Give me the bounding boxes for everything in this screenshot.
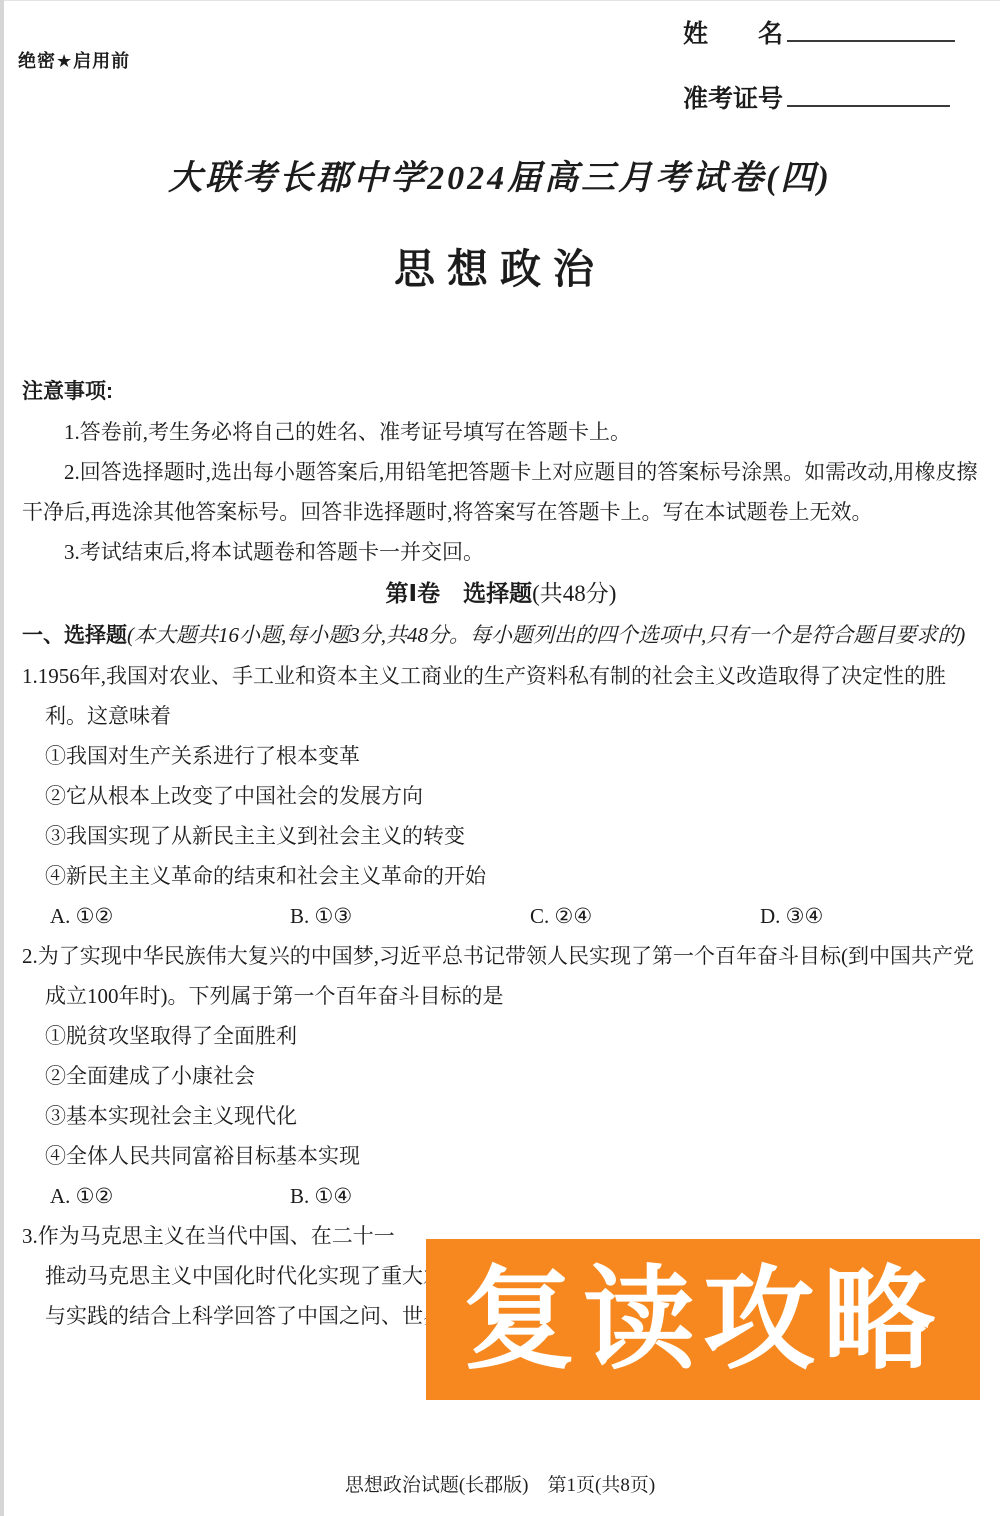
question-2-item-2: ②全面建成了小康社会	[22, 1056, 980, 1096]
option-a: A. ①②	[50, 896, 113, 936]
question-1-item-4: ④新民主主义革命的结束和社会主义革命的开始	[22, 856, 980, 896]
exam-body: 注意事项: 1.答卷前,考生务必将自己的姓名、准考证号填写在答题卡上。 2.回答…	[22, 372, 980, 1336]
section-heading: 第Ⅰ卷 选择题(共48分)	[22, 572, 980, 615]
exam-subject: 思想政治	[0, 236, 1000, 295]
notice-item-2: 2.回答选择题时,选出每小题答案后,用铅笔把答题卡上对应题目的答案标号涂黑。如需…	[22, 452, 980, 532]
option-a: A. ①②	[50, 1176, 113, 1216]
question-1-item-3: ③我国实现了从新民主主义到社会主义的转变	[22, 816, 980, 856]
watermark-banner: 复读攻略	[426, 1239, 980, 1400]
group-description: 一、选择题(本大题共16小题,每小题3分,共48分。每小题列出的四个选项中,只有…	[22, 615, 980, 656]
question-2-item-1: ①脱贫攻坚取得了全面胜利	[22, 1016, 980, 1056]
notices-heading: 注意事项:	[22, 372, 980, 412]
notice-item-1: 1.答卷前,考生务必将自己的姓名、准考证号填写在答题卡上。	[22, 412, 980, 452]
ticket-field-row: 准考证号	[683, 79, 950, 115]
ticket-label: 准考证号	[683, 86, 783, 113]
page-footer: 思想政治试题(长郡版) 第1页(共8页)	[0, 1470, 1000, 1497]
question-1-stem: 1.1956年,我国对农业、手工业和资本主义工商业的生产资料私有制的社会主义改造…	[22, 656, 980, 736]
question-2-stem: 2.为了实现中华民族伟大复兴的中国梦,习近平总书记带领人民实现了第一个百年奋斗目…	[22, 936, 980, 1016]
option-d: D. ③④	[760, 896, 823, 936]
option-b: B. ①④	[290, 1176, 352, 1216]
section-title: 第Ⅰ卷 选择题	[386, 580, 533, 606]
exam-paper-page: 绝密★启用前 姓 名 准考证号 大联考长郡中学2024届高三月考试卷(四) 思想…	[0, 0, 1000, 1516]
question-2-item-4: ④全体人民共同富裕目标基本实现	[22, 1136, 980, 1176]
name-field-row: 姓 名	[683, 14, 955, 50]
question-1-options: A. ①② B. ①③ C. ②④ D. ③④	[22, 896, 980, 936]
name-blank-line	[787, 15, 955, 42]
question-1-item-1: ①我国对生产关系进行了根本变革	[22, 736, 980, 776]
exam-title: 大联考长郡中学2024届高三月考试卷(四)	[0, 150, 1000, 199]
question-2-item-3: ③基本实现社会主义现代化	[22, 1096, 980, 1136]
name-label: 姓 名	[683, 21, 783, 48]
watermark-banner-text: 复读攻略	[463, 1264, 943, 1376]
section-score: (共48分)	[532, 581, 616, 606]
group-desc: (本大题共16小题,每小题3分,共48分。每小题列出的四个选项中,只有一个是符合…	[127, 623, 965, 647]
question-2: 2.为了实现中华民族伟大复兴的中国梦,习近平总书记带领人民实现了第一个百年奋斗目…	[22, 936, 980, 1216]
question-1-item-2: ②它从根本上改变了中国社会的发展方向	[22, 776, 980, 816]
option-b: B. ①③	[290, 896, 352, 936]
ticket-blank-line	[787, 80, 950, 107]
question-2-options: A. ①② B. ①④	[22, 1176, 980, 1216]
classification-label: 绝密★启用前	[18, 47, 130, 73]
option-c: C. ②④	[530, 896, 592, 936]
group-lead: 一、选择题	[22, 624, 127, 647]
question-1: 1.1956年,我国对农业、手工业和资本主义工商业的生产资料私有制的社会主义改造…	[22, 656, 980, 936]
notice-item-3: 3.考试结束后,将本试题卷和答题卡一并交回。	[22, 532, 980, 572]
